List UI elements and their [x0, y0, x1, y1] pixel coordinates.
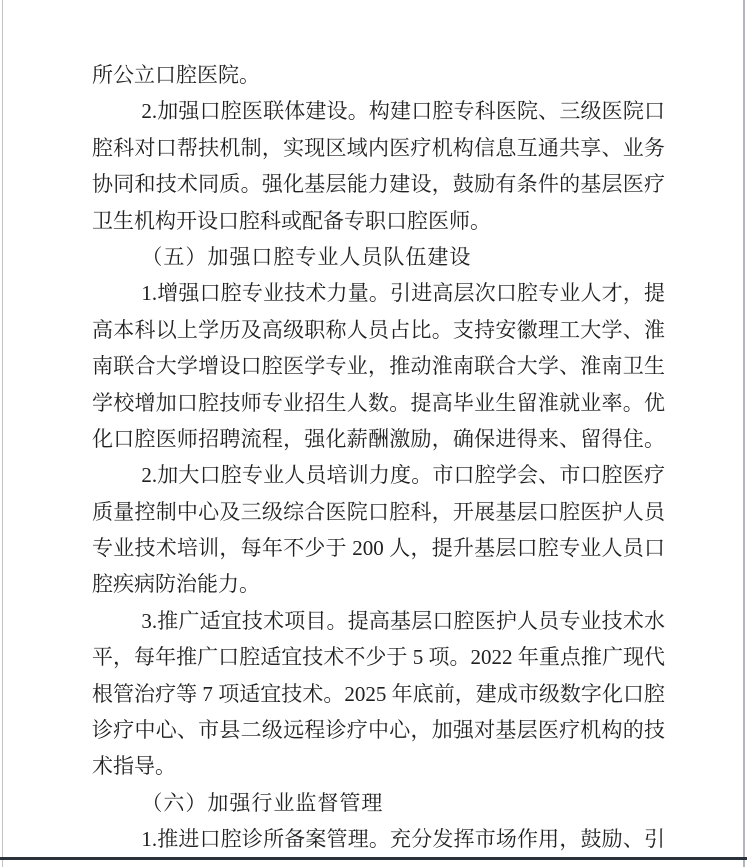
paragraph-line: 平，每年推广口腔适宜技术不少于 5 项。2022 年重点推广现代 — [92, 639, 665, 675]
paragraph-line: 术指导。 — [92, 748, 665, 784]
paragraph-line: 1.增强口腔专业技术力量。引进高层次口腔专业人才，提 — [92, 275, 665, 311]
paragraph-line: 诊疗中心、市县二级远程诊疗中心，加强对基层医疗机构的技 — [92, 712, 665, 748]
paragraph-line: 3.推广适宜技术项目。提高基层口腔医护人员专业技术水 — [92, 603, 665, 639]
page-right-edge-line — [743, 0, 745, 867]
document-page: 所公立口腔医院。2.加强口腔医联体建设。构建口腔专科医院、三级医院口腔科对口帮扶… — [0, 0, 747, 867]
paragraph-line: 2.加大口腔专业人员培训力度。市口腔学会、市口腔医疗 — [92, 457, 665, 493]
page-bottom-rule — [0, 857, 747, 860]
section-heading-line: （六）加强行业监督管理 — [92, 785, 665, 821]
paragraph-line: 根管治疗等 7 项适宜技术。2025 年底前，建成市级数字化口腔 — [92, 676, 665, 712]
paragraph-line: 腔科对口帮扶机制，实现区域内医疗机构信息互通共享、业务 — [92, 130, 665, 166]
document-body: 所公立口腔医院。2.加强口腔医联体建设。构建口腔专科医院、三级医院口腔科对口帮扶… — [92, 57, 665, 858]
paragraph-line: 专业技术培训，每年不少于 200 人，提升基层口腔专业人员口 — [92, 530, 665, 566]
section-heading-line: （五）加强口腔专业人员队伍建设 — [92, 239, 665, 275]
paragraph-line: 质量控制中心及三级综合医院口腔科，开展基层口腔医护人员 — [92, 494, 665, 530]
paragraph-line: 高本科以上学历及高级职称人员占比。支持安徽理工大学、淮 — [92, 312, 665, 348]
paragraph-line: 学校增加口腔技师专业招生人数。提高毕业生留淮就业率。优 — [92, 385, 665, 421]
paragraph-line: 2.加强口腔医联体建设。构建口腔专科医院、三级医院口 — [92, 93, 665, 129]
paragraph-line: 化口腔医师招聘流程，强化薪酬激励，确保进得来、留得住。 — [92, 421, 665, 457]
paragraph-line: 卫生机构开设口腔科或配备专职口腔医师。 — [92, 203, 665, 239]
page-left-edge-line — [2, 0, 3, 867]
paragraph-line: 所公立口腔医院。 — [92, 57, 665, 93]
paragraph-line: 1.推进口腔诊所备案管理。充分发挥市场作用，鼓励、引 — [92, 821, 665, 857]
paragraph-line: 协同和技术同质。强化基层能力建设，鼓励有条件的基层医疗 — [92, 166, 665, 202]
paragraph-line: 南联合大学增设口腔医学专业，推动淮南联合大学、淮南卫生 — [92, 348, 665, 384]
paragraph-line: 腔疾病防治能力。 — [92, 566, 665, 602]
